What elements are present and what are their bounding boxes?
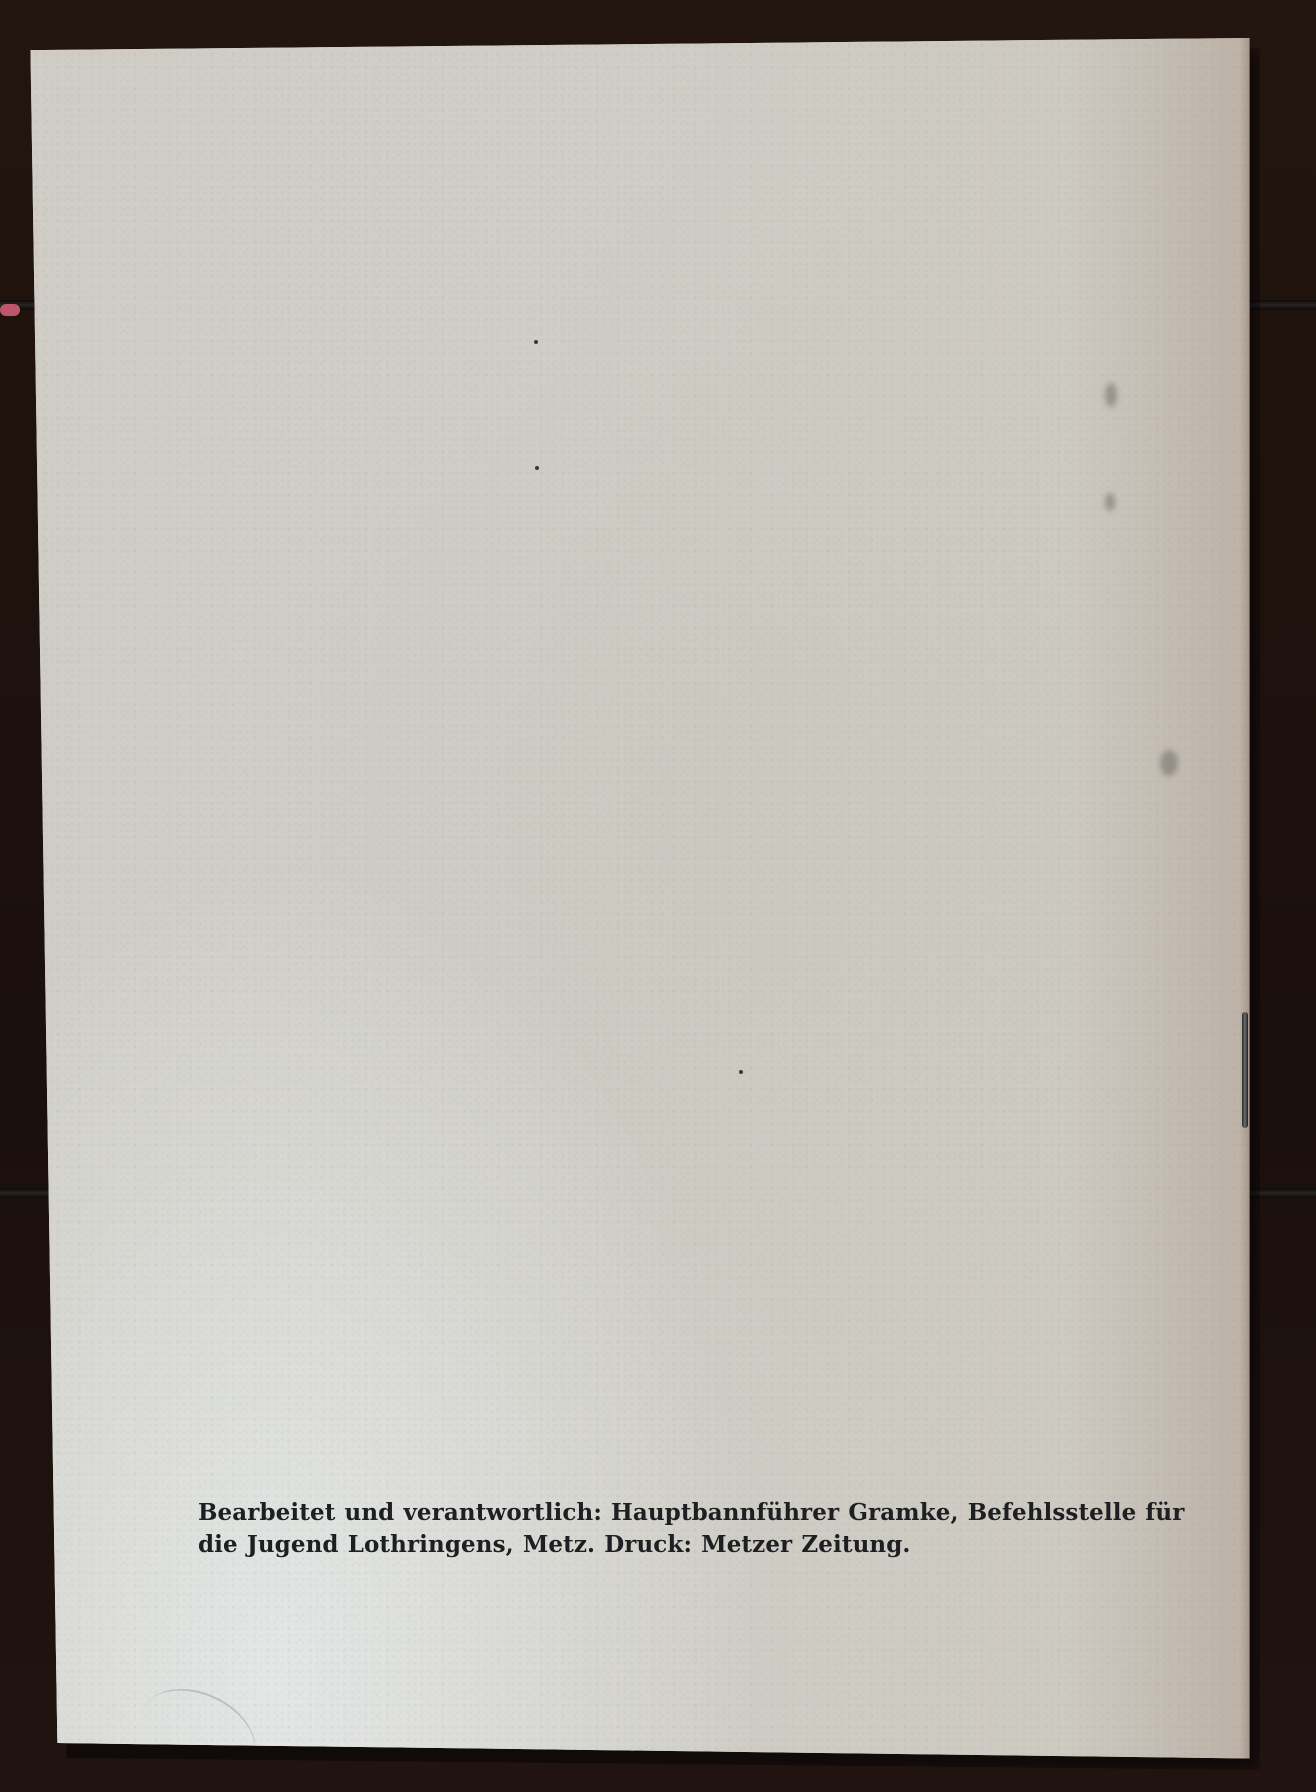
smudge [1105, 493, 1115, 511]
speck [535, 466, 539, 470]
smudge [1160, 750, 1178, 776]
speck [534, 340, 538, 344]
imprint-line-2: die Jugend Lothringens, Metz. Druck: Met… [198, 1529, 1118, 1561]
pink-object [0, 304, 20, 316]
imprint-text: Bearbeitet und verantwortlich: Hauptbann… [198, 1497, 1118, 1561]
staple [1242, 1012, 1248, 1128]
imprint-line-1: Bearbeitet und verantwortlich: Hauptbann… [198, 1497, 1118, 1529]
speck [739, 1070, 743, 1074]
smudge [1105, 383, 1117, 407]
